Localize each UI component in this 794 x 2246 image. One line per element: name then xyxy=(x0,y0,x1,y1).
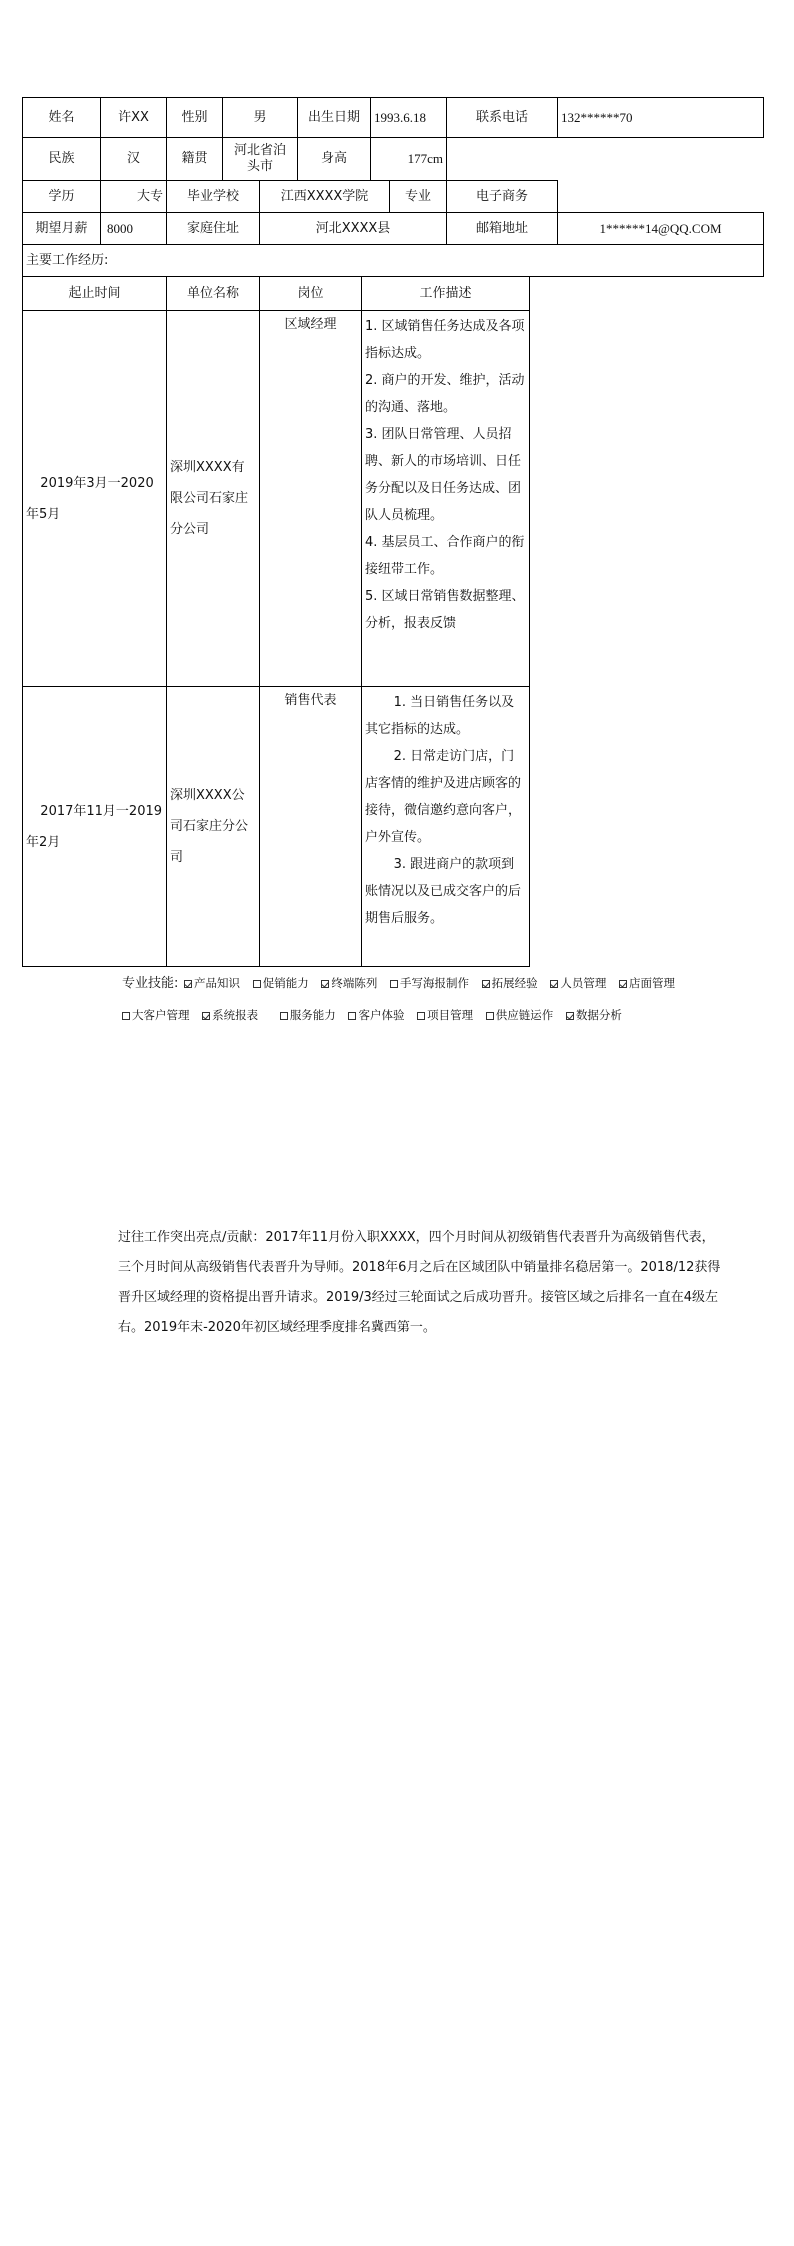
duty-item: 2. 商户的开发、维护，活动的沟通、落地。 xyxy=(365,367,526,421)
checkbox-checked-icon[interactable] xyxy=(321,980,329,988)
header-description: 工作描述 xyxy=(361,276,530,311)
checkbox-empty-icon[interactable] xyxy=(486,1012,494,1020)
checkbox-checked-icon[interactable] xyxy=(619,980,627,988)
origin-value: 河北省泊头市 xyxy=(222,137,298,181)
school-value: 江西XXXX学院 xyxy=(259,180,390,213)
period-cell: 2017年11月一2019年2月 xyxy=(22,686,167,967)
company-cell: 深圳XXXX公司石家庄分公司 xyxy=(166,686,260,967)
period-cell: 2019年3月一2020年5月 xyxy=(22,310,167,687)
duty-item: 1. 当日销售任务以及其它指标的达成。 xyxy=(365,689,526,743)
duty-item: 3. 团队日常管理、人员招聘、新人的市场培训、日任务分配以及日任务达成、团队人员… xyxy=(365,421,526,529)
skill-supply-chain[interactable]: 供应链运作 xyxy=(486,1007,554,1023)
header-position: 岗位 xyxy=(259,276,362,311)
major-value: 电子商务 xyxy=(446,180,558,213)
skill-promotion[interactable]: 促销能力 xyxy=(253,975,309,991)
address-value: 河北XXXX县 xyxy=(259,212,447,245)
company-text: 深圳XXXX公司石家庄分公司 xyxy=(170,780,256,873)
ethnicity-label: 民族 xyxy=(22,137,101,181)
checkbox-checked-icon[interactable] xyxy=(550,980,558,988)
header-company: 单位名称 xyxy=(166,276,260,311)
origin-label: 籍贯 xyxy=(166,137,223,181)
checkbox-empty-icon[interactable] xyxy=(280,1012,288,1020)
school-label: 毕业学校 xyxy=(166,180,260,213)
name-value: 许XX xyxy=(100,97,167,138)
phone-value: 132******70 xyxy=(557,97,764,138)
skill-store-management[interactable]: 店面管理 xyxy=(619,975,675,991)
education-value: 大专 xyxy=(100,180,167,213)
skills-line-1: 专业技能: 产品知识 促销能力 终端陈列 手写海报制作 拓展经验 人员管理 店面… xyxy=(122,972,684,991)
checkbox-empty-icon[interactable] xyxy=(390,980,398,988)
gender-value: 男 xyxy=(222,97,298,138)
experience-section-title: 主要工作经历: xyxy=(22,244,764,277)
skills-line-2: 大客户管理 系统报表 服务能力 客户体验 项目管理 供应链运作 数据分析 xyxy=(122,1007,631,1023)
skill-data-analysis[interactable]: 数据分析 xyxy=(566,1007,622,1023)
ethnicity-value: 汉 xyxy=(100,137,167,181)
period-text: 2017年11月一2019年2月 xyxy=(26,796,163,858)
duty-item: 2. 日常走访门店，门店客情的维护及进店顾客的接待，微信邀约意向客户，户外宣传。 xyxy=(365,743,526,851)
name-label: 姓名 xyxy=(22,97,101,138)
skill-poster[interactable]: 手写海报制作 xyxy=(390,975,469,991)
skills-label: 专业技能: xyxy=(122,976,178,991)
skill-expansion[interactable]: 拓展经验 xyxy=(482,975,538,991)
checkbox-empty-icon[interactable] xyxy=(122,1012,130,1020)
skill-staff-management[interactable]: 人员管理 xyxy=(550,975,606,991)
duty-item: 4. 基层员工、合作商户的衔接纽带工作。 xyxy=(365,529,526,583)
education-label: 学历 xyxy=(22,180,101,213)
checkbox-checked-icon[interactable] xyxy=(482,980,490,988)
height-label: 身高 xyxy=(297,137,371,181)
duty-item: 3. 跟进商户的款项到账情况以及已成交客户的后期售后服务。 xyxy=(365,851,526,932)
skill-key-account[interactable]: 大客户管理 xyxy=(122,1007,190,1023)
duty-item: 5. 区域日常销售数据整理、分析，报表反馈 xyxy=(365,583,526,637)
salary-value: 8000 xyxy=(100,212,167,245)
position-text: 销售代表 xyxy=(284,693,336,709)
salary-label: 期望月薪 xyxy=(22,212,101,245)
email-label: 邮箱地址 xyxy=(446,212,558,245)
skill-customer-experience[interactable]: 客户体验 xyxy=(348,1007,404,1023)
birth-value: 1993.6.18 xyxy=(370,97,447,138)
company-cell: 深圳XXXX有限公司石家庄分公司 xyxy=(166,310,260,687)
email-value: 1******14@QQ.COM xyxy=(557,212,764,245)
checkbox-checked-icon[interactable] xyxy=(184,980,192,988)
checkbox-checked-icon[interactable] xyxy=(566,1012,574,1020)
skill-product-knowledge[interactable]: 产品知识 xyxy=(184,975,240,991)
description-cell: 1. 区域销售任务达成及各项指标达成。 2. 商户的开发、维护，活动的沟通、落地… xyxy=(361,310,530,687)
description-cell: 1. 当日销售任务以及其它指标的达成。 2. 日常走访门店，门店客情的维护及进店… xyxy=(361,686,530,967)
address-label: 家庭住址 xyxy=(166,212,260,245)
skill-system-reports[interactable]: 系统报表 xyxy=(202,1007,258,1023)
skill-service[interactable]: 服务能力 xyxy=(280,1007,336,1023)
position-cell: 销售代表 xyxy=(259,686,362,967)
height-value: 177cm xyxy=(370,137,447,181)
duty-item: 1. 区域销售任务达成及各项指标达成。 xyxy=(365,313,526,367)
birth-label: 出生日期 xyxy=(297,97,371,138)
position-cell: 区域经理 xyxy=(259,310,362,687)
skill-project-management[interactable]: 项目管理 xyxy=(417,1007,473,1023)
checkbox-empty-icon[interactable] xyxy=(348,1012,356,1020)
period-text: 2019年3月一2020年5月 xyxy=(26,468,163,530)
checkbox-checked-icon[interactable] xyxy=(202,1012,210,1020)
major-label: 专业 xyxy=(389,180,447,213)
header-period: 起止时间 xyxy=(22,276,167,311)
checkbox-empty-icon[interactable] xyxy=(253,980,261,988)
skill-terminal-display[interactable]: 终端陈列 xyxy=(321,975,377,991)
position-text: 区域经理 xyxy=(284,317,336,333)
checkbox-empty-icon[interactable] xyxy=(417,1012,425,1020)
gender-label: 性别 xyxy=(166,97,223,138)
highlights-paragraph: 过往工作突出亮点/贡献：2017年11月份入职XXXX，四个月时间从初级销售代表… xyxy=(118,1223,722,1343)
company-text: 深圳XXXX有限公司石家庄分公司 xyxy=(170,452,256,545)
phone-label: 联系电话 xyxy=(446,97,558,138)
